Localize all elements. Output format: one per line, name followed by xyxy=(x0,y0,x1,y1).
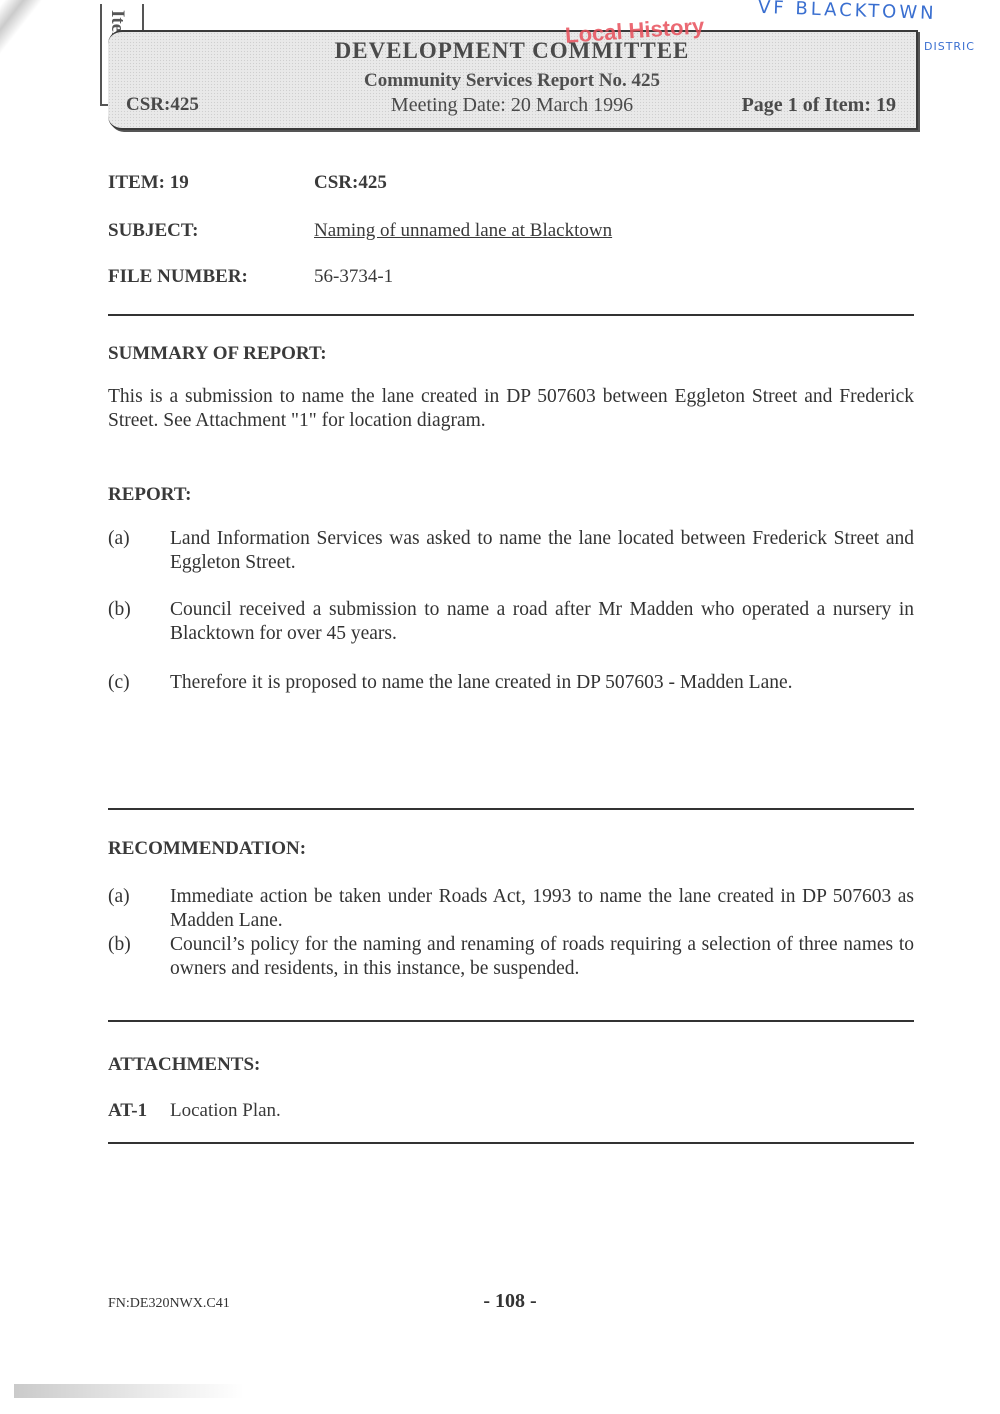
committee-header-banner: DEVELOPMENT COMMITTEE Community Services… xyxy=(108,30,918,130)
summary-heading: SUMMARY OF REPORT: xyxy=(108,343,327,365)
divider xyxy=(108,808,914,810)
handwritten-note: VF BLACKTOWN xyxy=(758,0,937,24)
item-text: Land Information Services was asked to n… xyxy=(170,527,914,575)
footer-file-name: FN:DE320NWX.C41 xyxy=(108,1296,230,1312)
item-text: Therefore it is proposed to name the lan… xyxy=(170,671,914,695)
item-text: Council received a submission to name a … xyxy=(170,598,914,646)
item-marker: (b) xyxy=(108,933,131,957)
recommendation-item: (b) Council’s policy for the naming and … xyxy=(108,933,914,981)
recommendation-heading: RECOMMENDATION: xyxy=(108,838,306,860)
summary-text: This is a submission to name the lane cr… xyxy=(108,385,914,433)
recommendation-item: (a) Immediate action be taken under Road… xyxy=(108,885,914,933)
attachments-heading: ATTACHMENTS: xyxy=(108,1054,260,1076)
report-heading: REPORT: xyxy=(108,484,191,506)
item-marker: (a) xyxy=(108,527,130,551)
divider xyxy=(108,1142,914,1144)
divider xyxy=(108,1020,914,1022)
item-marker: (b) xyxy=(108,598,131,622)
header-csr: CSR:425 xyxy=(126,94,199,116)
item-csr: CSR:425 xyxy=(314,172,387,194)
report-item: (a) Land Information Services was asked … xyxy=(108,527,914,575)
report-item: (b) Council received a submission to nam… xyxy=(108,598,914,646)
item-marker: (a) xyxy=(108,885,130,909)
attachment-code: AT-1 xyxy=(108,1100,147,1122)
item-marker: (c) xyxy=(108,671,130,695)
page-fold-shadow xyxy=(0,0,44,203)
report-number: Community Services Report No. 425 xyxy=(108,70,916,92)
item-text: Council’s policy for the naming and rena… xyxy=(170,933,914,981)
item-label: ITEM: 19 xyxy=(108,172,189,194)
committee-title: DEVELOPMENT COMMITTEE xyxy=(108,38,916,64)
scan-smudge xyxy=(14,1384,244,1398)
item-text: Immediate action be taken under Roads Ac… xyxy=(170,885,914,933)
subject-label: SUBJECT: xyxy=(108,220,198,242)
file-number-label: FILE NUMBER: xyxy=(108,266,248,288)
file-number-value: 56-3734-1 xyxy=(314,266,393,288)
handwritten-note-2: DISTRIC xyxy=(924,40,975,53)
page-of-item: Page 1 of Item: 19 xyxy=(742,94,896,117)
report-item: (c) Therefore it is proposed to name the… xyxy=(108,671,914,695)
attachment-title[interactable]: Location Plan. xyxy=(170,1100,281,1122)
footer-page-number: - 108 - xyxy=(470,1290,550,1313)
divider xyxy=(108,314,914,316)
subject-value: Naming of unnamed lane at Blacktown xyxy=(314,220,612,242)
